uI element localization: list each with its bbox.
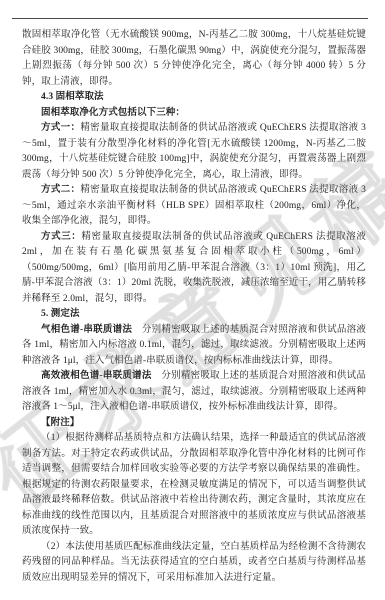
paragraph-gcms-method: 气相色谱-串联质谱法 分别精密吸取上述的基质混合对照溶液和供试品溶液各 1ml，… <box>22 323 366 370</box>
heading-spe-intro: 固相萃取净化方式包括以下三种： <box>22 106 366 122</box>
heading-section-4-3: 4.3 固相萃取法 <box>22 90 366 106</box>
paragraph-method-2: 方式二：精密量取直接提取法制备的供试品溶液或 QuEChERS 法提取溶液 3～… <box>22 183 366 230</box>
lcms-method-label: 高效液相色谱-串联质谱法 <box>41 371 152 381</box>
paragraph-method-1: 方式一：精密量取直接提取法制备的供试品溶液或 QuEChERS 法提取溶液 3～… <box>22 121 366 183</box>
gcms-method-label: 气相色谱-串联质谱法 <box>41 325 132 335</box>
page-header-divider <box>12 18 368 19</box>
document-page: 征求意见稿 散固相萃取净化管（无水硫酸镁 900mg，N-丙基乙二胺 300mg… <box>0 0 385 600</box>
method-2-label: 方式二： <box>41 185 80 195</box>
method-3-text: 精密量取直接提取法制备的供试品溶液或 QuEChERS 法提取溶液 2ml，加在… <box>22 232 366 304</box>
paragraph-continuation: 散固相萃取净化管（无水硫酸镁 900mg，N-丙基乙二胺 300mg，十八烷基硅… <box>22 28 366 90</box>
paragraph-note-1: （1）根据待测样品基质特点和方法确认结果，选择一种最适宜的供试品溶液制备方法。对… <box>22 431 366 540</box>
method-1-label: 方式一： <box>41 123 80 133</box>
method-3-label: 方式三： <box>41 232 81 242</box>
paragraph-lcms-method: 高效液相色谱-串联质谱法 分别精密吸取上述的基质混合对照溶液和供试品溶液各 1m… <box>22 369 366 416</box>
document-body: 散固相萃取净化管（无水硫酸镁 900mg，N-丙基乙二胺 300mg，十八烷基硅… <box>22 28 366 586</box>
heading-notes: 【附注】 <box>22 416 366 432</box>
heading-section-5: 5. 测定法 <box>22 307 366 323</box>
paragraph-note-2: （2）本法使用基质匹配标准曲线法定量，空白基质样品为经检测不含待测农药残留的同品… <box>22 540 366 587</box>
paragraph-method-3: 方式三：精密量取直接提取法制备的供试品溶液或 QuEChERS 法提取溶液 2m… <box>22 230 366 308</box>
